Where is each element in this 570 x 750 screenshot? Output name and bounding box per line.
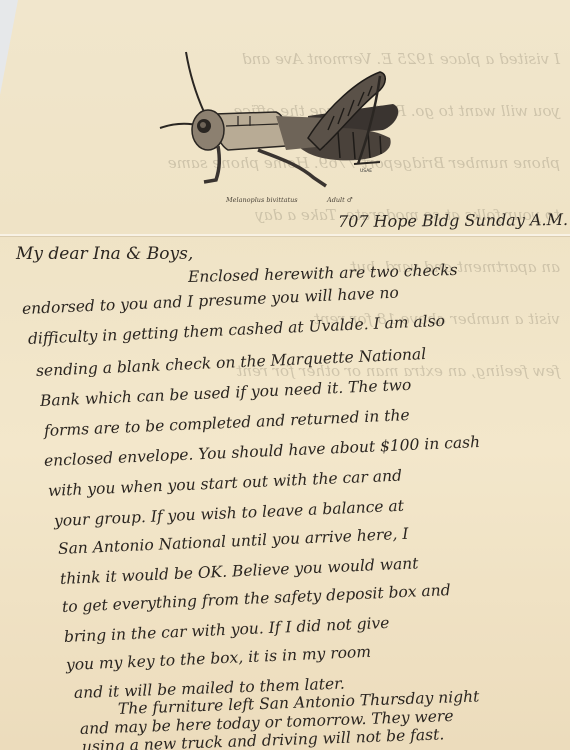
body-line: with you when you start out with the car… <box>48 467 403 500</box>
stage-caption: Adult ♂ <box>327 196 353 204</box>
body-line: you my key to the box, it is in my room <box>66 643 372 674</box>
body-line: forms are to be completed and returned i… <box>44 406 410 440</box>
grasshopper-illustration: USAE <box>158 46 408 196</box>
body-line: your group. If you wish to leave a balan… <box>54 497 405 530</box>
letter-page: I visited a place 1925 E. Vermont Ave an… <box>0 0 570 750</box>
species-caption: Melanoplus bivittatus <box>226 196 298 204</box>
address-line: 707 Hope Bldg Sunday A.M. <box>338 210 568 231</box>
body-line: enclosed envelope. You should have about… <box>44 433 481 470</box>
body-line: San Antonio National until you arrive he… <box>58 525 409 558</box>
body-line: bring in the car with you. If I did not … <box>64 614 390 646</box>
body-line: to get everything from the safety deposi… <box>62 581 451 616</box>
body-line: think it would be OK. Believe you would … <box>60 554 419 588</box>
salutation: My dear Ina & Boys, <box>16 244 193 264</box>
artist-mark: USAE <box>360 168 372 174</box>
